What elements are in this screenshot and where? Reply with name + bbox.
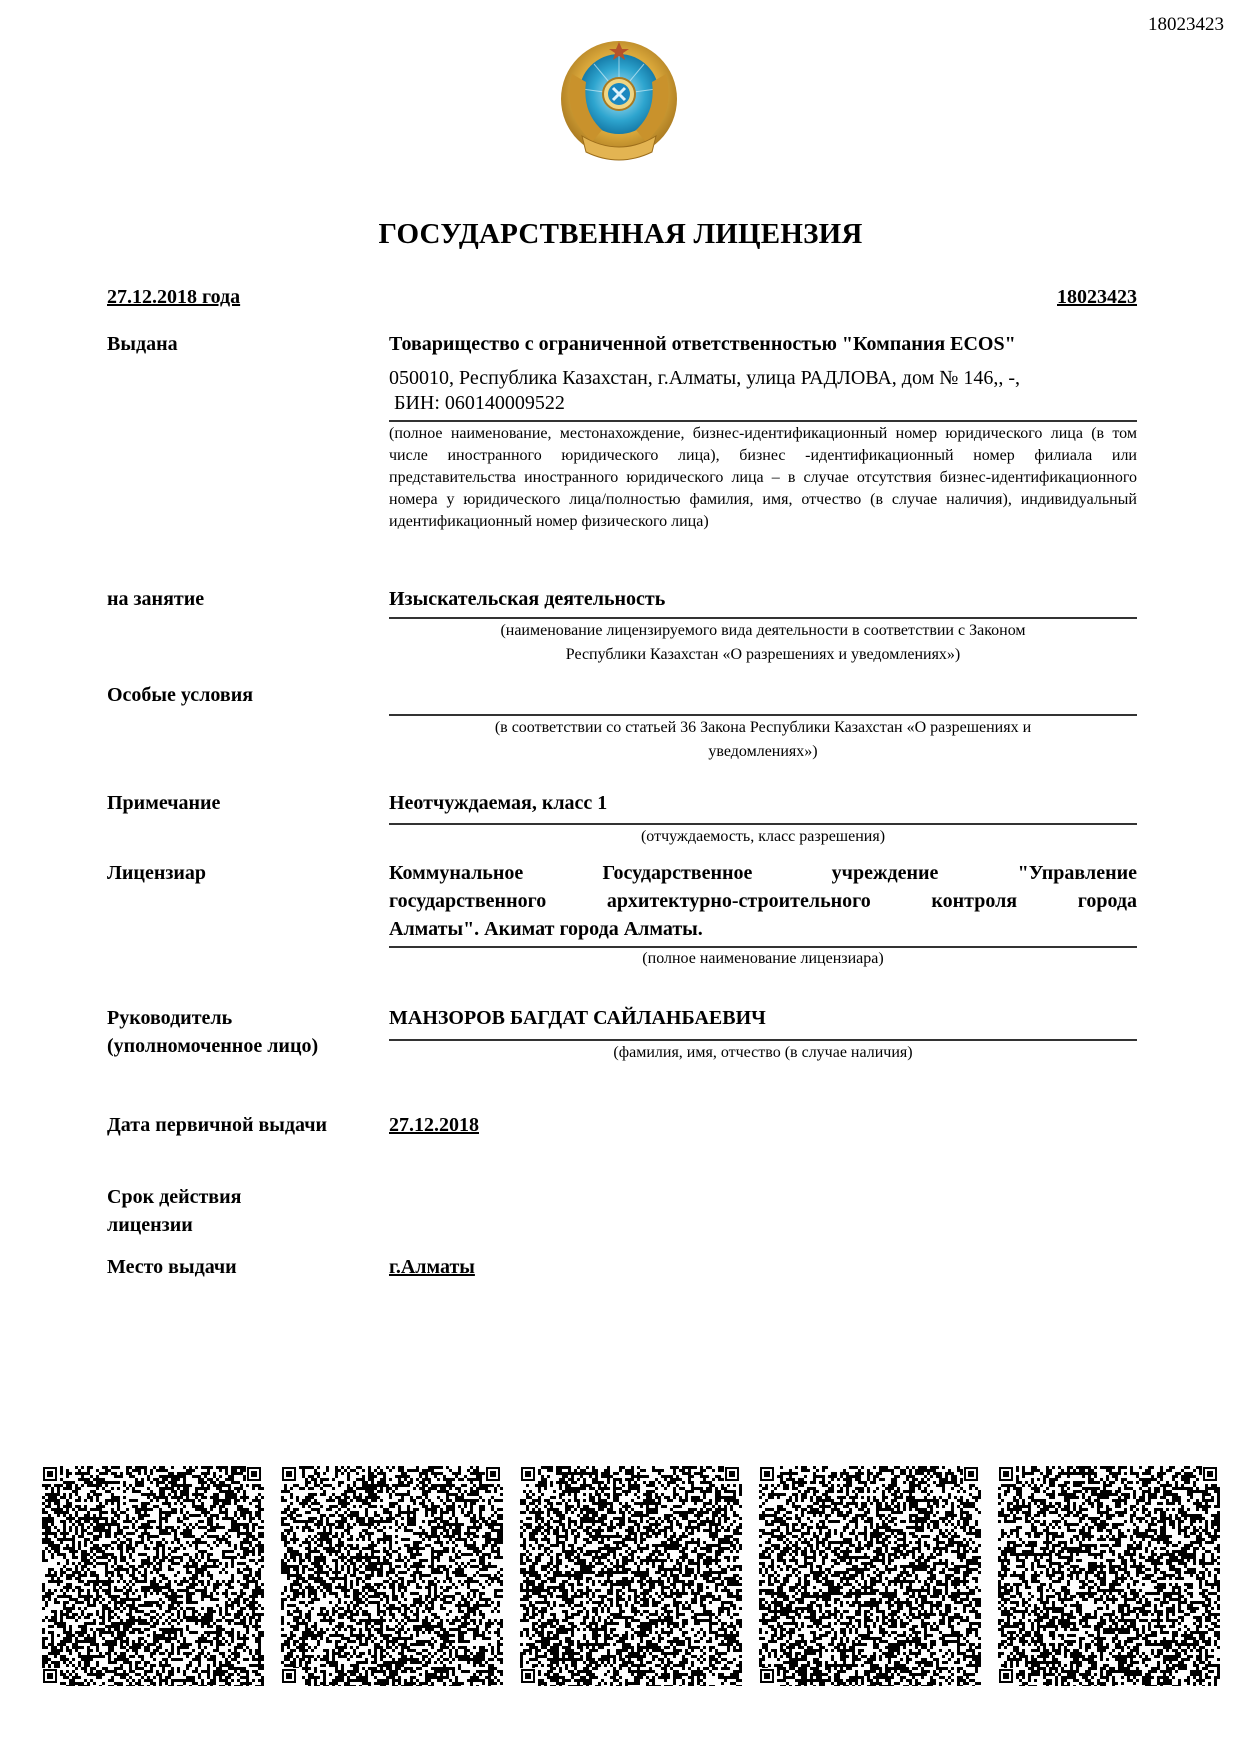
first-issue-date-value: 27.12.2018 xyxy=(389,1112,479,1139)
head-label-line2: (уполномоченное лицо) xyxy=(107,1033,318,1060)
place-of-issue-value: г.Алматы xyxy=(389,1254,475,1281)
license-date: 27.12.2018 года xyxy=(107,286,240,309)
license-number: 18023423 xyxy=(1057,286,1137,309)
qr-code-3 xyxy=(520,1466,742,1686)
qr-code-2 xyxy=(281,1466,503,1686)
special-conditions-label: Особые условия xyxy=(107,682,253,709)
head-hint: (фамилия, имя, отчество (в случае наличи… xyxy=(389,1042,1137,1064)
special-conditions-hint-line1: (в соответствии со статьей 36 Закона Рес… xyxy=(389,717,1137,739)
issued-to-name: Товарищество с ограниченной ответственно… xyxy=(389,331,1137,358)
licensor-value-line3: Алматы". Акимат города Алматы. xyxy=(389,916,1137,943)
place-of-issue-label: Место выдачи xyxy=(107,1254,237,1281)
issued-to-hint: (полное наименование, местонахождение, б… xyxy=(389,423,1137,533)
corner-document-number: 18023423 xyxy=(1148,14,1224,36)
qr-code-4 xyxy=(759,1466,981,1686)
licensor-value-line2: государственного архитектурно-строительн… xyxy=(389,888,1137,915)
qr-code-1 xyxy=(42,1466,264,1686)
first-issue-date-label: Дата первичной выдачи xyxy=(107,1112,327,1139)
head-name: МАНЗОРОВ БАГДАТ САЙЛАНБАЕВИЧ xyxy=(389,1005,1137,1032)
activity-value: Изыскательская деятельность xyxy=(389,586,1137,613)
activity-hint-line1: (наименование лицензируемого вида деятел… xyxy=(389,620,1137,642)
licensor-label: Лицензиар xyxy=(107,860,206,887)
head-label-line1: Руководитель xyxy=(107,1005,232,1032)
licensor-hint: (полное наименование лицензиара) xyxy=(389,948,1137,970)
divider xyxy=(389,823,1137,825)
divider xyxy=(389,1039,1137,1041)
issued-to-bin: БИН: 060140009522 xyxy=(394,390,1142,417)
qr-code-strip xyxy=(42,1466,1232,1686)
note-hint: (отчуждаемость, класс разрешения) xyxy=(389,826,1137,848)
document-title: ГОСУДАРСТВЕННАЯ ЛИЦЕНЗИЯ xyxy=(0,218,1241,251)
note-value: Неотчуждаемая, класс 1 xyxy=(389,790,1137,817)
divider xyxy=(389,420,1137,422)
issued-to-address: 050010, Республика Казахстан, г.Алматы, … xyxy=(389,365,1137,392)
licensor-value-line1: Коммунальное Государственное учреждение … xyxy=(389,860,1137,887)
activity-hint-line2: Республики Казахстан «О разрешениях и ув… xyxy=(389,644,1137,666)
note-label: Примечание xyxy=(107,790,220,817)
divider xyxy=(389,617,1137,619)
validity-label-line1: Срок действия xyxy=(107,1184,241,1211)
qr-code-5 xyxy=(998,1466,1220,1686)
activity-label: на занятие xyxy=(107,586,204,613)
special-conditions-hint-line2: уведомлениях») xyxy=(389,741,1137,763)
issued-to-label: Выдана xyxy=(107,331,178,358)
state-emblem-icon xyxy=(552,34,686,168)
divider xyxy=(389,714,1137,716)
validity-label-line2: лицензии xyxy=(107,1212,193,1239)
